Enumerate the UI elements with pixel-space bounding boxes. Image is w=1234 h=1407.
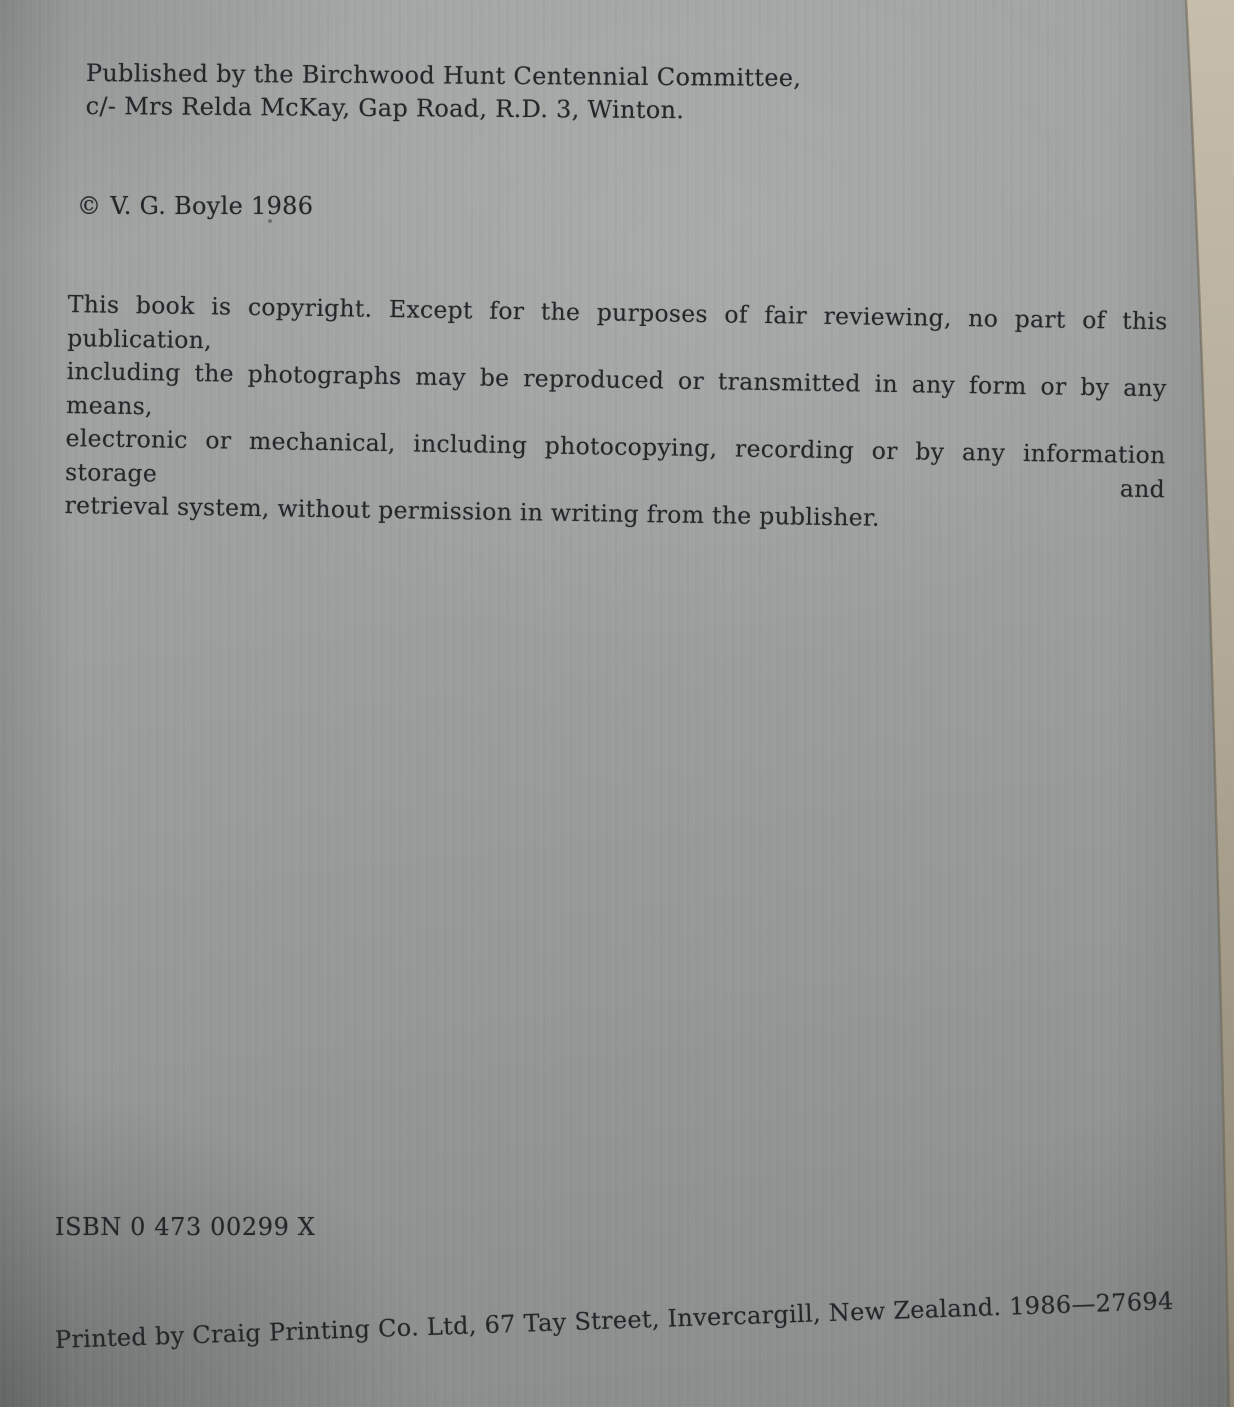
- printer-line: Printed by Craig Printing Co. Ltd, 67 Ta…: [55, 1287, 1174, 1354]
- book-imprint-page-photo: Published by the Birchwood Hunt Centenni…: [0, 0, 1234, 1407]
- rights-paragraph: This book is copyright. Except for the p…: [64, 288, 1168, 540]
- isbn-line: ISBN 0 473 00299 X: [55, 1213, 315, 1241]
- publisher-block: Published by the Birchwood Hunt Centenni…: [86, 57, 802, 128]
- copyright-line: ©V. G. Boyle 1986: [77, 192, 313, 220]
- publisher-line-2: c/- Mrs Relda McKay, Gap Road, R.D. 3, W…: [86, 90, 802, 128]
- copyright-symbol-icon: ©: [77, 192, 101, 220]
- publisher-line-1: Published by the Birchwood Hunt Centenni…: [86, 57, 802, 95]
- copyright-text: V. G. Boyle 1986: [110, 192, 313, 220]
